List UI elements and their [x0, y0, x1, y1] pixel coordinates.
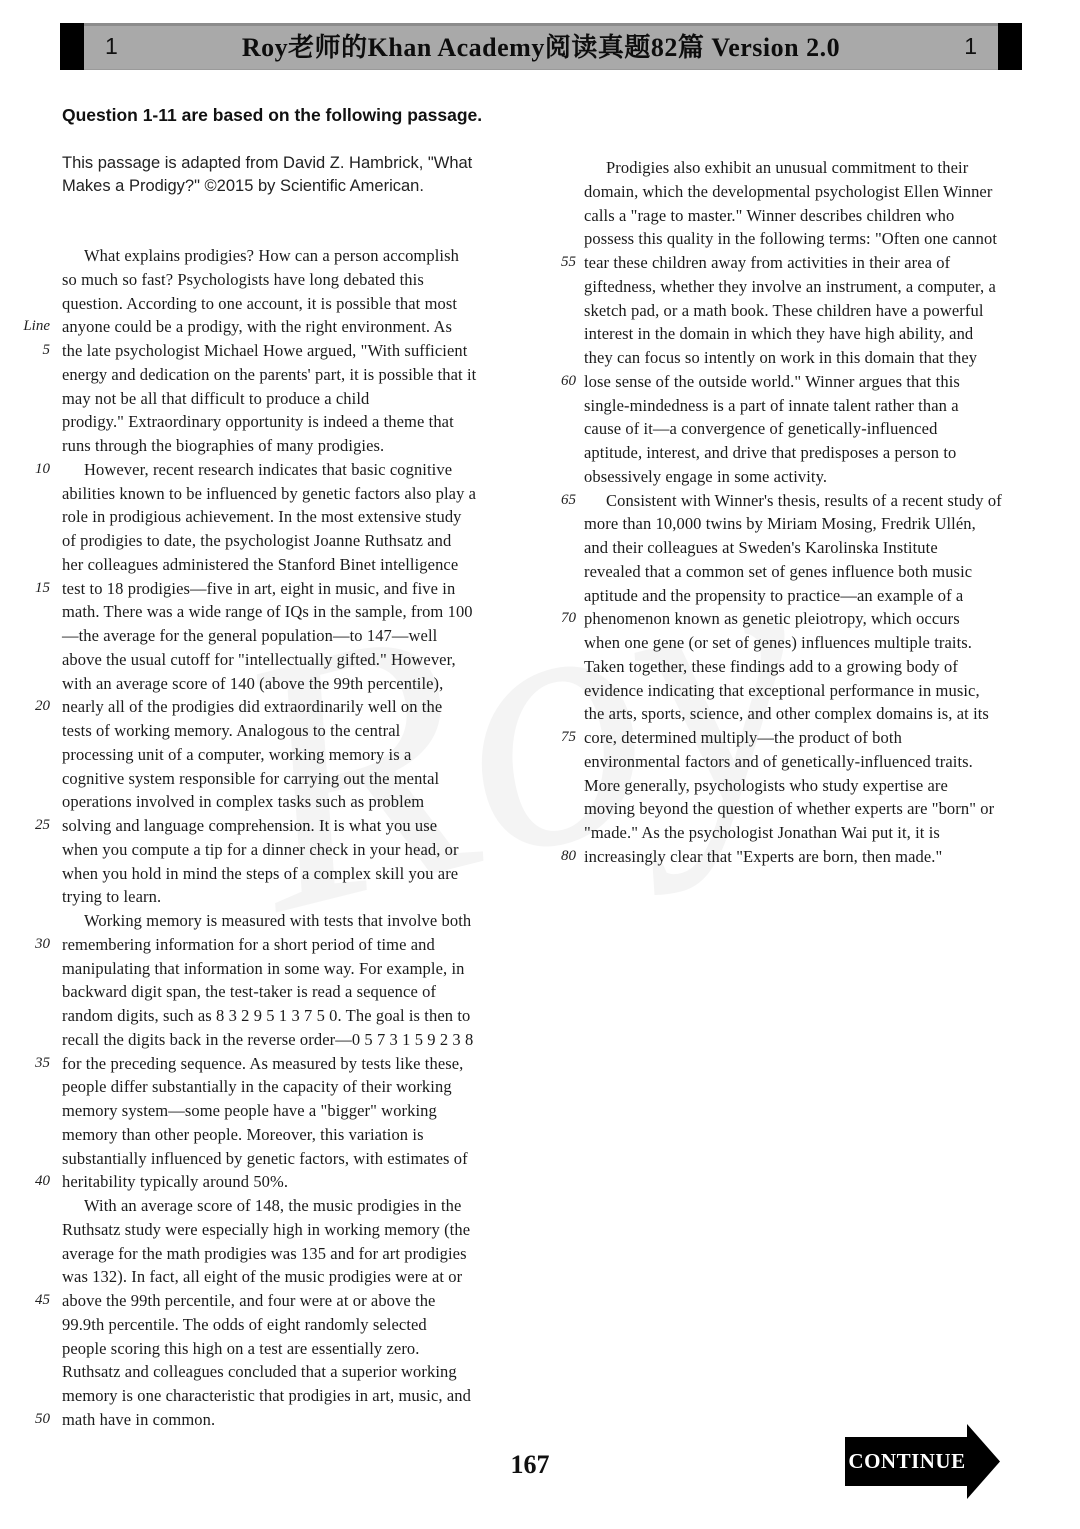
passage-line: revealed that a common set of genes infl…	[550, 560, 1080, 584]
passage-line: above the usual cutoff for "intellectual…	[6, 648, 554, 672]
line-number	[6, 410, 62, 434]
passage-line: substantially influenced by genetic fact…	[6, 1147, 554, 1171]
passage-line: 45 above the 99th percentile, and four w…	[6, 1289, 554, 1313]
passage-line: tests of working memory. Analogous to th…	[6, 719, 554, 743]
passage-line: average for the math prodigies was 135 a…	[6, 1242, 554, 1266]
line-number: 80	[550, 845, 584, 869]
line-number	[6, 1099, 62, 1123]
line-text: runs through the biographies of many pro…	[62, 434, 384, 458]
line-number: Line	[6, 315, 62, 339]
line-number	[550, 774, 584, 798]
line-number: 25	[6, 814, 62, 838]
line-number	[6, 862, 62, 886]
line-text: random digits, such as 8 3 2 9 5 1 3 7 5…	[62, 1004, 470, 1028]
line-number: 15	[6, 577, 62, 601]
line-number	[6, 957, 62, 981]
passage-line: 10 However, recent research indicates th…	[6, 458, 554, 482]
line-text: energy and dedication on the parents' pa…	[62, 363, 476, 387]
passage-line: memory system—some people have a "bigger…	[6, 1099, 554, 1123]
passage-line: 65 Consistent with Winner's thesis, resu…	[550, 489, 1080, 513]
line-number	[6, 1147, 62, 1171]
line-text: math. There was a wide range of IQs in t…	[62, 600, 473, 624]
line-number	[6, 1218, 62, 1242]
header-title: Roy老师的Khan Academy阅读真题82篇 Version 2.0	[60, 23, 1022, 72]
right-column: Prodigies also exhibit an unusual commit…	[550, 110, 1080, 869]
page-header: 1 Roy老师的Khan Academy阅读真题82篇 Version 2.0 …	[60, 23, 1022, 70]
line-text: the arts, sports, science, and other com…	[584, 702, 989, 726]
passage-line: 60 lose sense of the outside world." Win…	[550, 370, 1080, 394]
line-text: for the preceding sequence. As measured …	[62, 1052, 463, 1076]
passage-line: may not be all that difficult to produce…	[6, 387, 554, 411]
line-number	[6, 1337, 62, 1361]
line-number	[550, 821, 584, 845]
line-text: and their colleagues at Sweden's Karolin…	[584, 536, 938, 560]
passage-line: they can focus so intently on work in th…	[550, 346, 1080, 370]
line-text: tests of working memory. Analogous to th…	[62, 719, 400, 743]
passage-line: energy and dedication on the parents' pa…	[6, 363, 554, 387]
passage-line: evidence indicating that exceptional per…	[550, 679, 1080, 703]
line-number: 35	[6, 1052, 62, 1076]
line-text: manipulating that information in some wa…	[62, 957, 464, 981]
left-column: Question 1-11 are based on the following…	[6, 105, 554, 1432]
line-number	[6, 482, 62, 506]
line-text: memory than other people. Moreover, this…	[62, 1123, 424, 1147]
line-text: backward digit span, the test-taker is r…	[62, 980, 436, 1004]
line-text: trying to learn.	[62, 885, 161, 909]
line-number	[6, 1313, 62, 1337]
line-text: people differ substantially in the capac…	[62, 1075, 452, 1099]
line-number	[550, 797, 584, 821]
line-number	[550, 417, 584, 441]
passage-line: 25 solving and language comprehension. I…	[6, 814, 554, 838]
line-text: sketch pad, or a math book. These childr…	[584, 299, 984, 323]
line-text: "made." As the psychologist Jonathan Wai…	[584, 821, 940, 845]
line-number	[6, 1123, 62, 1147]
line-number	[550, 394, 584, 418]
passage-line: more than 10,000 twins by Miriam Mosing,…	[550, 512, 1080, 536]
line-text: aptitude, interest, and drive that predi…	[584, 441, 956, 465]
passage-line: 50 math have in common.	[6, 1408, 554, 1432]
line-number	[6, 672, 62, 696]
passage-line: Prodigies also exhibit an unusual commit…	[550, 156, 1080, 180]
line-text: remembering information for a short peri…	[62, 933, 435, 957]
passage-line: 70 phenomenon known as genetic pleiotrop…	[550, 607, 1080, 631]
line-number	[6, 387, 62, 411]
line-number: 5	[6, 339, 62, 363]
line-text: giftedness, whether they involve an inst…	[584, 275, 996, 299]
line-number: 65	[550, 489, 584, 513]
passage-line: people differ substantially in the capac…	[6, 1075, 554, 1099]
line-text: moving beyond the question of whether ex…	[584, 797, 994, 821]
line-number	[550, 275, 584, 299]
passage-line: and their colleagues at Sweden's Karolin…	[550, 536, 1080, 560]
line-number	[6, 363, 62, 387]
line-number: 70	[550, 607, 584, 631]
passage-line: when one gene (or set of genes) influenc…	[550, 631, 1080, 655]
line-number	[550, 465, 584, 489]
line-text: increasingly clear that "Experts are bor…	[584, 845, 942, 869]
passage-line: single-mindedness is a part of innate ta…	[550, 394, 1080, 418]
line-number	[550, 679, 584, 703]
line-text: calls a "rage to master." Winner describ…	[584, 204, 954, 228]
passage-line: trying to learn.	[6, 885, 554, 909]
line-text: solving and language comprehension. It i…	[62, 814, 437, 838]
line-text: —the average for the general population—…	[62, 624, 437, 648]
line-number	[550, 750, 584, 774]
line-text: lose sense of the outside world." Winner…	[584, 370, 960, 394]
line-number	[6, 980, 62, 1004]
line-text: recall the digits back in the reverse or…	[62, 1028, 473, 1052]
line-number	[6, 624, 62, 648]
line-text: revealed that a common set of genes infl…	[584, 560, 972, 584]
passage-line: domain, which the developmental psycholo…	[550, 180, 1080, 204]
passage-line: so much so fast? Psychologists have long…	[6, 268, 554, 292]
line-number	[550, 655, 584, 679]
line-text: 99.9th percentile. The odds of eight ran…	[62, 1313, 427, 1337]
line-number	[6, 1384, 62, 1408]
line-number: 20	[6, 695, 62, 719]
line-text: environmental factors and of genetically…	[584, 750, 973, 774]
line-text: processing unit of a computer, working m…	[62, 743, 411, 767]
passage-line: 20 nearly all of the prodigies did extra…	[6, 695, 554, 719]
line-number	[550, 322, 584, 346]
line-text: tear these children away from activities…	[584, 251, 950, 275]
passage-line: Ruthsatz and colleagues concluded that a…	[6, 1360, 554, 1384]
line-text: Ruthsatz study were especially high in w…	[62, 1218, 470, 1242]
line-text: domain, which the developmental psycholo…	[584, 180, 992, 204]
line-text: nearly all of the prodigies did extraord…	[62, 695, 442, 719]
line-number	[550, 512, 584, 536]
passage-line: backward digit span, the test-taker is r…	[6, 980, 554, 1004]
passage-line: question. According to one account, it i…	[6, 292, 554, 316]
line-text: Taken together, these findings add to a …	[584, 655, 958, 679]
passage-line: memory is one characteristic that prodig…	[6, 1384, 554, 1408]
passage-line: runs through the biographies of many pro…	[6, 434, 554, 458]
line-text: With an average score of 148, the music …	[62, 1194, 461, 1218]
line-text: when you compute a tip for a dinner chec…	[62, 838, 459, 862]
passage-line: 15 test to 18 prodigies—five in art, eig…	[6, 577, 554, 601]
line-number: 60	[550, 370, 584, 394]
line-number	[550, 180, 584, 204]
passage-line: "made." As the psychologist Jonathan Wai…	[550, 821, 1080, 845]
passage-right: Prodigies also exhibit an unusual commit…	[550, 156, 1080, 869]
line-number: 45	[6, 1289, 62, 1313]
line-number: 40	[6, 1170, 62, 1194]
line-text: the late psychologist Michael Howe argue…	[62, 339, 467, 363]
line-number	[6, 1194, 62, 1218]
line-text: memory system—some people have a "bigger…	[62, 1099, 437, 1123]
line-number: 10	[6, 458, 62, 482]
line-number	[6, 790, 62, 814]
passage-line: abilities known to be influenced by gene…	[6, 482, 554, 506]
header-right-page-number: 1	[964, 23, 977, 70]
passage-line: giftedness, whether they involve an inst…	[550, 275, 1080, 299]
passage-line: 35 for the preceding sequence. As measur…	[6, 1052, 554, 1076]
line-number: 30	[6, 933, 62, 957]
passage-line: 75 core, determined multiply—the product…	[550, 726, 1080, 750]
line-text: possess this quality in the following te…	[584, 227, 997, 251]
line-text: may not be all that difficult to produce…	[62, 387, 369, 411]
passage-line: role in prodigious achievement. In the m…	[6, 505, 554, 529]
line-text: Ruthsatz and colleagues concluded that a…	[62, 1360, 457, 1384]
passage-line: manipulating that information in some wa…	[6, 957, 554, 981]
passage-line: Line anyone could be a prodigy, with the…	[6, 315, 554, 339]
line-text: when you hold in mind the steps of a com…	[62, 862, 458, 886]
line-number	[550, 560, 584, 584]
document-page: 1 Roy老师的Khan Academy阅读真题82篇 Version 2.0 …	[0, 0, 1080, 1529]
line-text: more than 10,000 twins by Miriam Mosing,…	[584, 512, 976, 536]
passage-line: Working memory is measured with tests th…	[6, 909, 554, 933]
line-number	[6, 268, 62, 292]
passage-line: when you hold in mind the steps of a com…	[6, 862, 554, 886]
line-text: evidence indicating that exceptional per…	[584, 679, 980, 703]
passage-line: 30 remembering information for a short p…	[6, 933, 554, 957]
line-number: 50	[6, 1408, 62, 1432]
line-number	[6, 743, 62, 767]
line-text: aptitude and the propensity to practice—…	[584, 584, 963, 608]
line-text: phenomenon known as genetic pleiotropy, …	[584, 607, 960, 631]
line-number	[550, 346, 584, 370]
line-text: her colleagues administered the Stanford…	[62, 553, 458, 577]
question-range-heading: Question 1-11 are based on the following…	[62, 105, 554, 126]
passage-line: environmental factors and of genetically…	[550, 750, 1080, 774]
passage-line: possess this quality in the following te…	[550, 227, 1080, 251]
line-number	[6, 1028, 62, 1052]
passage-line: recall the digits back in the reverse or…	[6, 1028, 554, 1052]
line-number	[550, 441, 584, 465]
line-text: abilities known to be influenced by gene…	[62, 482, 476, 506]
line-text: so much so fast? Psychologists have long…	[62, 268, 424, 292]
line-number	[6, 529, 62, 553]
passage-line: with an average score of 140 (above the …	[6, 672, 554, 696]
line-text: was 132). In fact, all eight of the musi…	[62, 1265, 462, 1289]
continue-button[interactable]: CONTINUE	[845, 1424, 1000, 1499]
passage-line: aptitude, interest, and drive that predi…	[550, 441, 1080, 465]
line-number	[550, 156, 584, 180]
passage-line: 99.9th percentile. The odds of eight ran…	[6, 1313, 554, 1337]
passage-line: interest in the domain in which they hav…	[550, 322, 1080, 346]
passage-line: the arts, sports, science, and other com…	[550, 702, 1080, 726]
line-number	[550, 299, 584, 323]
line-number	[6, 648, 62, 672]
passage-source-note: This passage is adapted from David Z. Ha…	[62, 152, 554, 198]
line-text: anyone could be a prodigy, with the righ…	[62, 315, 452, 339]
passage-line: —the average for the general population—…	[6, 624, 554, 648]
passage-line: 5 the late psychologist Michael Howe arg…	[6, 339, 554, 363]
page-number: 167	[470, 1450, 590, 1480]
line-text: However, recent research indicates that …	[62, 458, 452, 482]
line-number	[6, 719, 62, 743]
line-text: they can focus so intently on work in th…	[584, 346, 977, 370]
line-number	[550, 584, 584, 608]
line-number	[6, 1004, 62, 1028]
passage-line: memory than other people. Moreover, this…	[6, 1123, 554, 1147]
line-text: test to 18 prodigies—five in art, eight …	[62, 577, 455, 601]
line-number	[550, 536, 584, 560]
line-text: above the 99th percentile, and four were…	[62, 1289, 435, 1313]
line-text: question. According to one account, it i…	[62, 292, 457, 316]
line-text: interest in the domain in which they hav…	[584, 322, 973, 346]
passage-line: when you compute a tip for a dinner chec…	[6, 838, 554, 862]
passage-line: processing unit of a computer, working m…	[6, 743, 554, 767]
passage-line: Ruthsatz study were especially high in w…	[6, 1218, 554, 1242]
passage-line: cognitive system responsible for carryin…	[6, 767, 554, 791]
passage-line: With an average score of 148, the music …	[6, 1194, 554, 1218]
passage-line: calls a "rage to master." Winner describ…	[550, 204, 1080, 228]
source-line: Makes a Prodigy?" ©2015 by Scientific Am…	[62, 175, 554, 198]
line-text: with an average score of 140 (above the …	[62, 672, 443, 696]
line-number	[6, 909, 62, 933]
line-text: core, determined multiply—the product of…	[584, 726, 902, 750]
line-text: average for the math prodigies was 135 a…	[62, 1242, 467, 1266]
passage-line: Taken together, these findings add to a …	[550, 655, 1080, 679]
line-text: Consistent with Winner's thesis, results…	[584, 489, 1002, 513]
line-number: 55	[550, 251, 584, 275]
passage-line: 55 tear these children away from activit…	[550, 251, 1080, 275]
line-number	[6, 553, 62, 577]
line-text: operations involved in complex tasks suc…	[62, 790, 424, 814]
header-right-black-block	[998, 23, 1022, 70]
line-text: above the usual cutoff for "intellectual…	[62, 648, 456, 672]
passage-line: prodigy." Extraordinary opportunity is i…	[6, 410, 554, 434]
line-text: What explains prodigies? How can a perso…	[62, 244, 459, 268]
passage-line: More generally, psychologists who study …	[550, 774, 1080, 798]
passage-line: of prodigies to date, the psychologist J…	[6, 529, 554, 553]
line-text: math have in common.	[62, 1408, 215, 1432]
line-number	[6, 1265, 62, 1289]
passage-line: obsessively engage in some activity.	[550, 465, 1080, 489]
line-number	[6, 1242, 62, 1266]
line-number	[6, 434, 62, 458]
header-left-page-number: 1	[105, 23, 118, 70]
passage-left: What explains prodigies? How can a perso…	[6, 244, 554, 1432]
line-number: 75	[550, 726, 584, 750]
line-number	[6, 244, 62, 268]
line-text: More generally, psychologists who study …	[584, 774, 948, 798]
line-text: of prodigies to date, the psychologist J…	[62, 529, 451, 553]
passage-line: What explains prodigies? How can a perso…	[6, 244, 554, 268]
passage-line: operations involved in complex tasks suc…	[6, 790, 554, 814]
line-text: role in prodigious achievement. In the m…	[62, 505, 462, 529]
passage-line: was 132). In fact, all eight of the musi…	[6, 1265, 554, 1289]
line-number	[6, 767, 62, 791]
passage-line: random digits, such as 8 3 2 9 5 1 3 7 5…	[6, 1004, 554, 1028]
line-text: when one gene (or set of genes) influenc…	[584, 631, 972, 655]
line-number	[6, 1075, 62, 1099]
passage-line: people scoring this high on a test are e…	[6, 1337, 554, 1361]
passage-line: aptitude and the propensity to practice—…	[550, 584, 1080, 608]
source-line: This passage is adapted from David Z. Ha…	[62, 152, 554, 175]
line-number	[6, 885, 62, 909]
line-number	[6, 600, 62, 624]
passage-line: 40 heritability typically around 50%.	[6, 1170, 554, 1194]
line-text: Working memory is measured with tests th…	[62, 909, 471, 933]
passage-line: 80 increasingly clear that "Experts are …	[550, 845, 1080, 869]
passage-line: sketch pad, or a math book. These childr…	[550, 299, 1080, 323]
line-number	[550, 227, 584, 251]
line-text: single-mindedness is a part of innate ta…	[584, 394, 959, 418]
line-number	[550, 702, 584, 726]
line-number	[550, 204, 584, 228]
passage-line: math. There was a wide range of IQs in t…	[6, 600, 554, 624]
line-number	[550, 631, 584, 655]
passage-line: moving beyond the question of whether ex…	[550, 797, 1080, 821]
line-number	[6, 505, 62, 529]
continue-label: CONTINUE	[845, 1437, 969, 1486]
line-text: cognitive system responsible for carryin…	[62, 767, 439, 791]
line-number	[6, 292, 62, 316]
line-text: prodigy." Extraordinary opportunity is i…	[62, 410, 454, 434]
line-text: substantially influenced by genetic fact…	[62, 1147, 468, 1171]
passage-line: her colleagues administered the Stanford…	[6, 553, 554, 577]
line-number	[6, 838, 62, 862]
line-text: cause of it—a convergence of genetically…	[584, 417, 937, 441]
line-text: heritability typically around 50%.	[62, 1170, 288, 1194]
line-text: obsessively engage in some activity.	[584, 465, 827, 489]
line-text: people scoring this high on a test are e…	[62, 1337, 420, 1361]
passage-line: cause of it—a convergence of genetically…	[550, 417, 1080, 441]
line-number	[6, 1360, 62, 1384]
line-text: memory is one characteristic that prodig…	[62, 1384, 471, 1408]
line-text: Prodigies also exhibit an unusual commit…	[584, 156, 968, 180]
header-left-black-block	[60, 23, 84, 70]
